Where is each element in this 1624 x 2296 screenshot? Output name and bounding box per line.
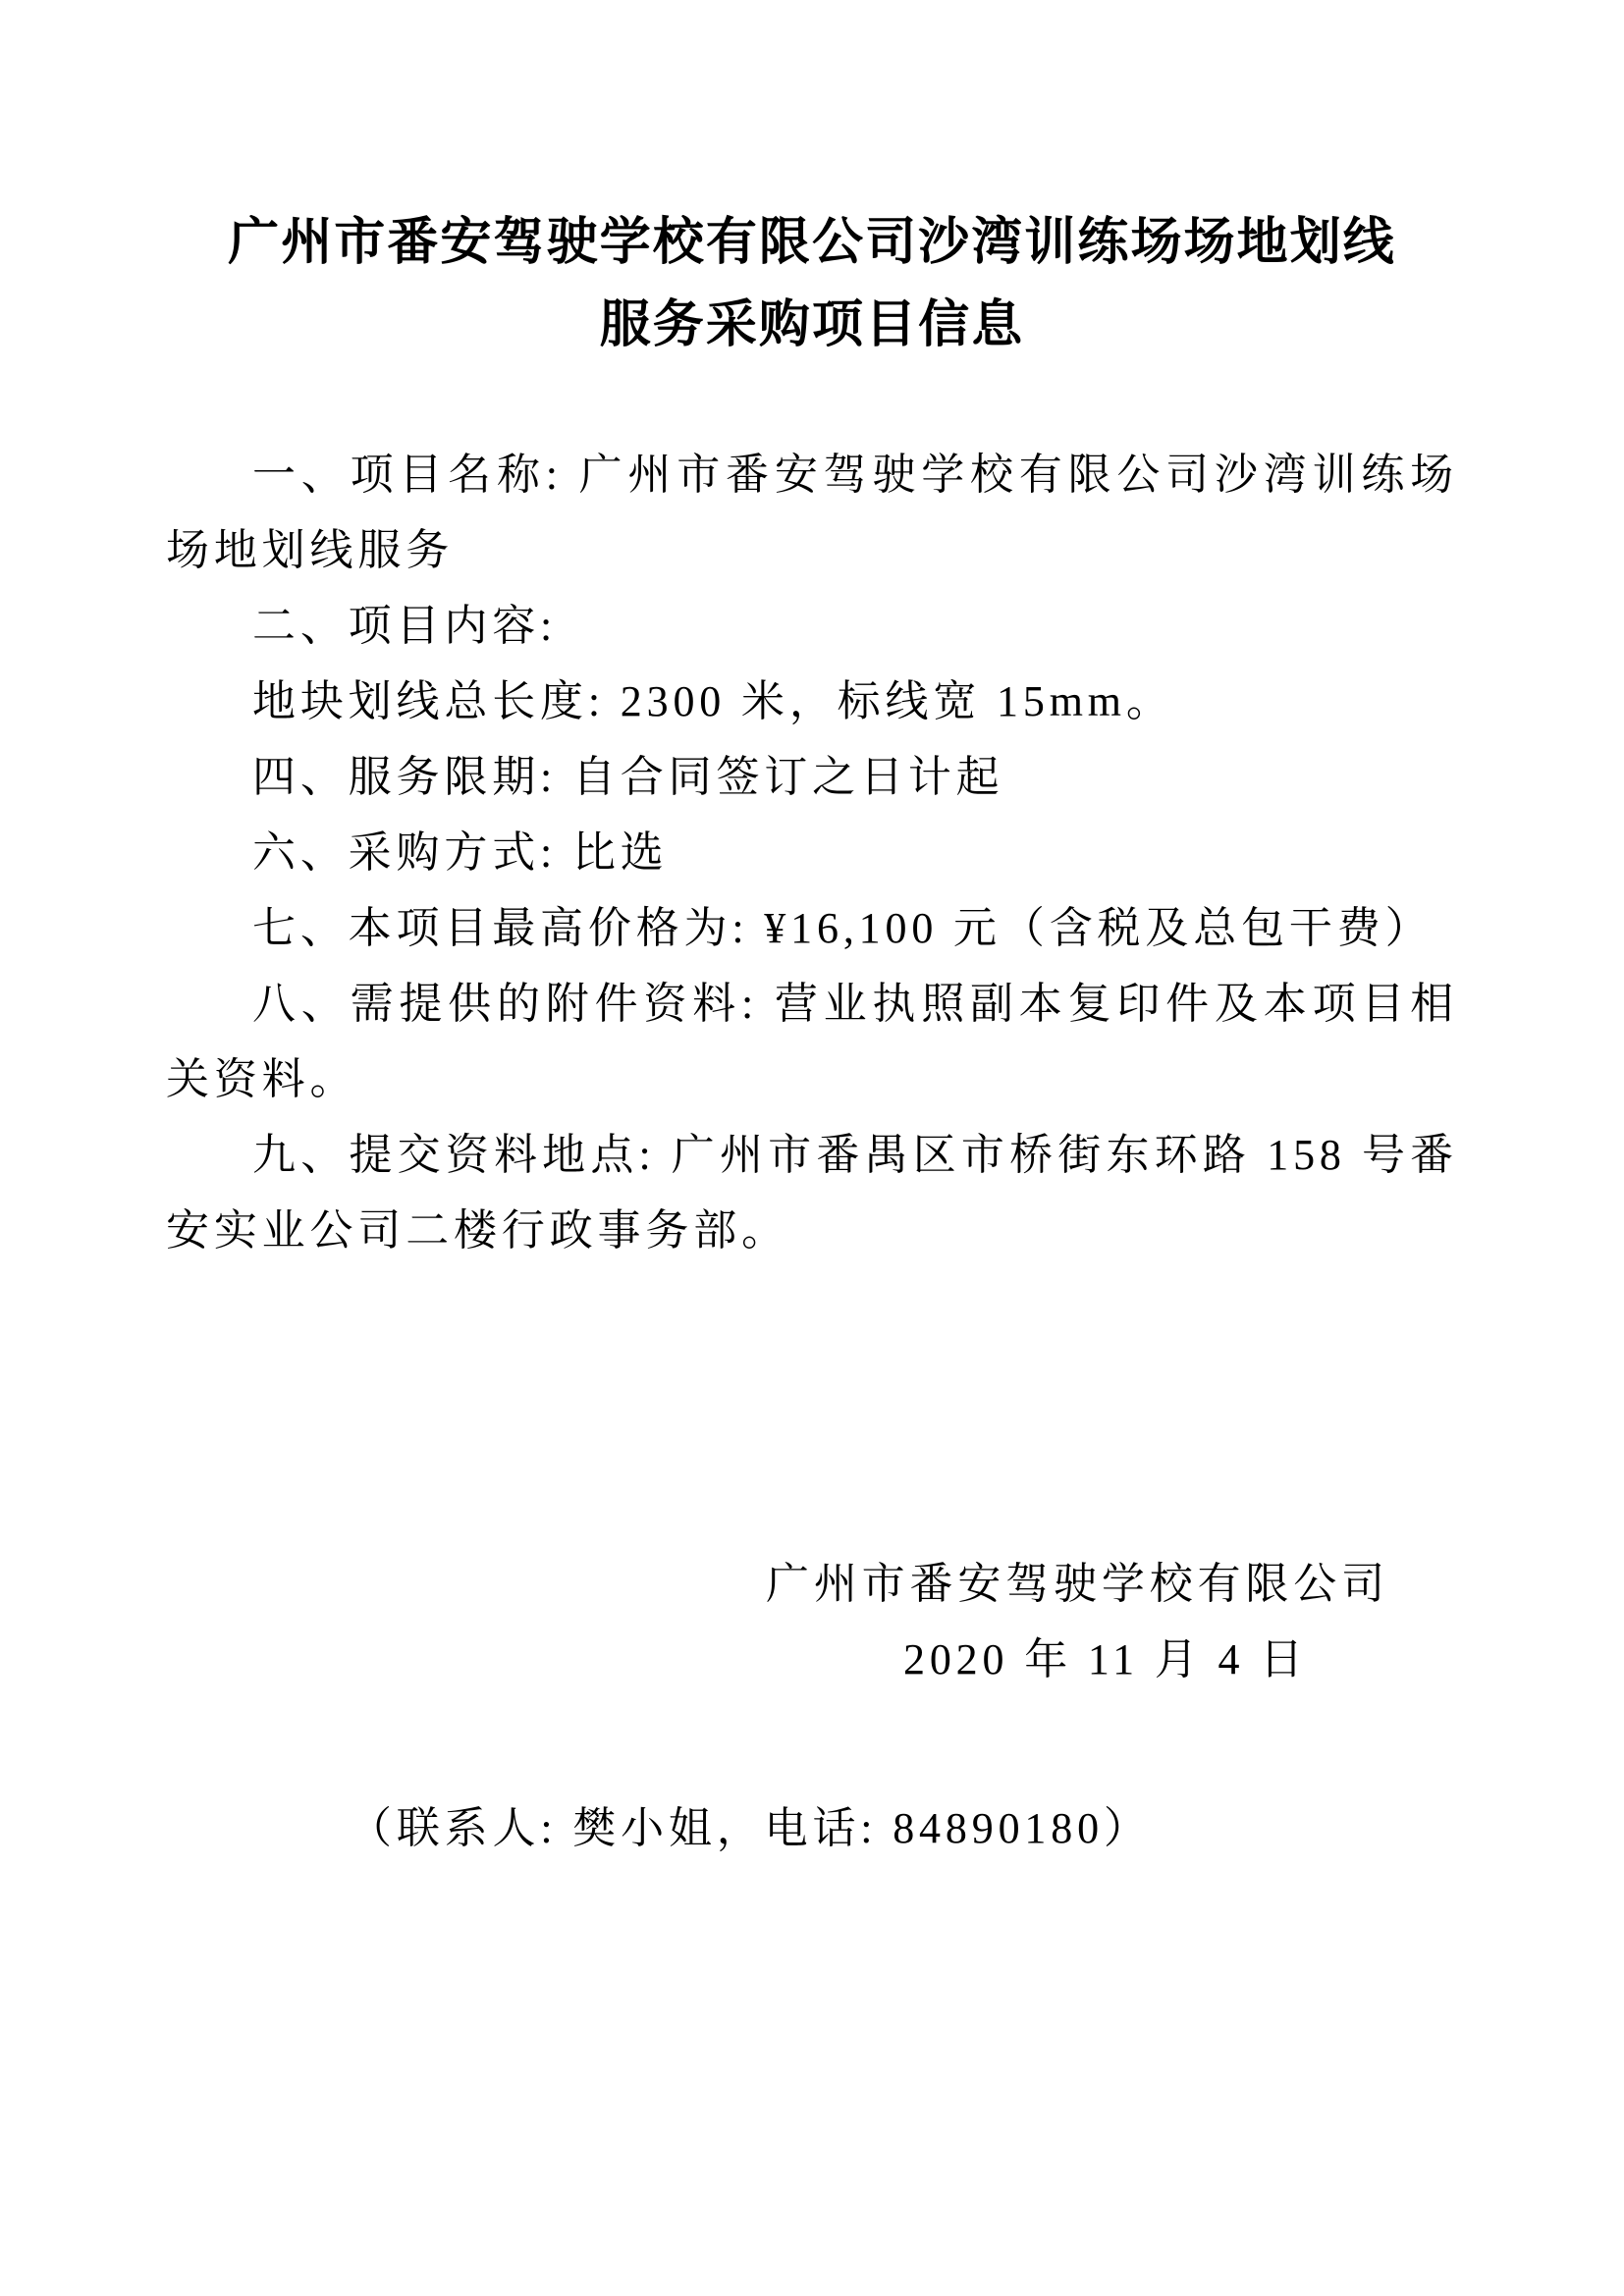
paragraph-procurement-method: 六、采购方式: 比选 [166, 815, 1458, 890]
title-line-2: 服务采购项目信息 [166, 284, 1458, 366]
signature-company: 广州市番安驾驶学校有限公司 [766, 1546, 1458, 1622]
contact-info: （联系人: 樊小姐，电话: 84890180） [349, 1790, 1458, 1866]
document-page: 广州市番安驾驶学校有限公司沙湾训练场场地划线 服务采购项目信息 一、项目名称: … [0, 0, 1624, 2296]
signature-date: 2020 年 11 月 4 日 [903, 1622, 1458, 1697]
document-title: 广州市番安驾驶学校有限公司沙湾训练场场地划线 服务采购项目信息 [166, 201, 1458, 366]
paragraph-line-marking-spec: 地块划线总长度: 2300 米，标线宽 15mm。 [166, 664, 1458, 739]
paragraph-max-price: 七、本项目最高价格为: ¥16,100 元（含税及总包干费） [166, 890, 1458, 966]
paragraph-service-term: 四、服务限期: 自合同签订之日计起 [166, 739, 1458, 815]
title-line-1: 广州市番安驾驶学校有限公司沙湾训练场场地划线 [166, 201, 1458, 284]
document-body: 一、项目名称: 广州市番安驾驶学校有限公司沙湾训练场场地划线服务 二、项目内容:… [166, 437, 1458, 1268]
paragraph-project-content-heading: 二、项目内容: [166, 588, 1458, 664]
paragraph-submission-address: 九、提交资料地点: 广州市番禺区市桥街东环路 158 号番安实业公司二楼行政事务… [166, 1117, 1458, 1268]
paragraph-project-name: 一、项目名称: 广州市番安驾驶学校有限公司沙湾训练场场地划线服务 [166, 437, 1458, 588]
paragraph-required-attachments: 八、需提供的附件资料: 营业执照副本复印件及本项目相关资料。 [166, 966, 1458, 1117]
signature-block: 广州市番安驾驶学校有限公司 2020 年 11 月 4 日 [166, 1546, 1458, 1697]
